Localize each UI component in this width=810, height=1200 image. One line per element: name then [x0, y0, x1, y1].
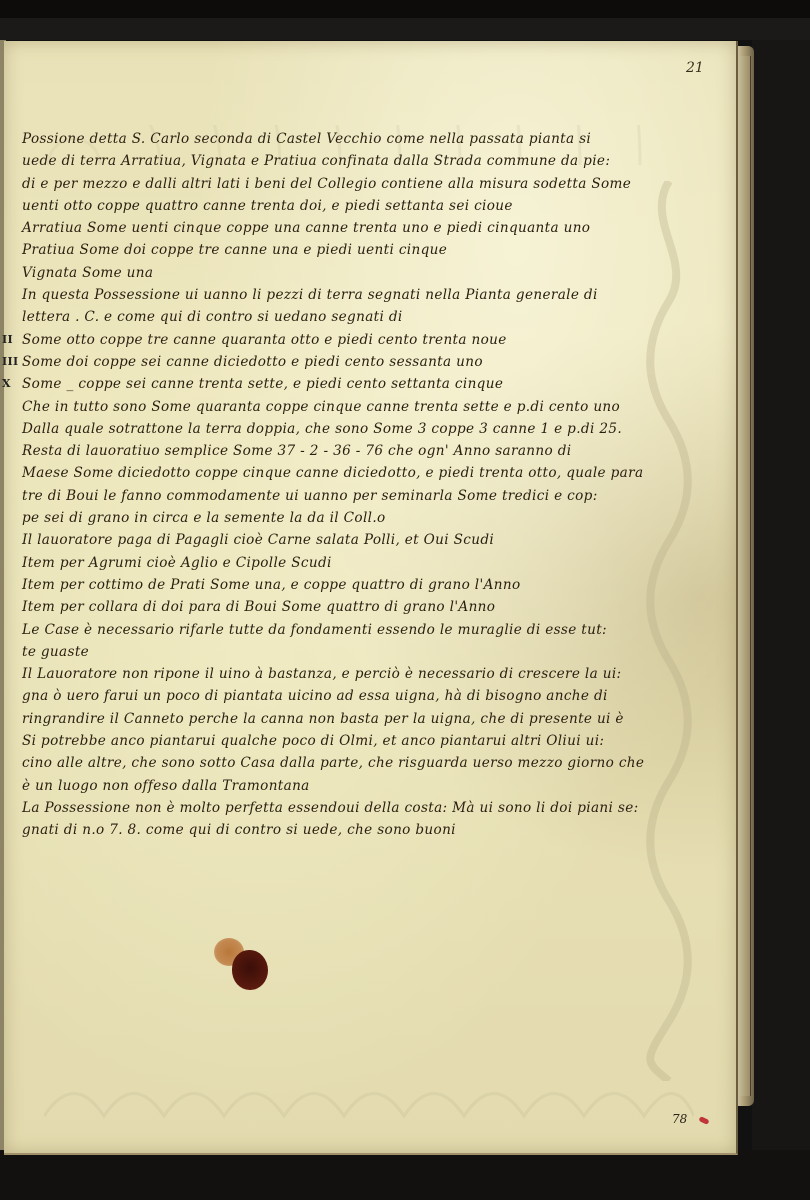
page-stack-edge-inner — [736, 56, 751, 1096]
ink-stain — [214, 938, 272, 994]
watermark-bottom-arcs — [44, 1071, 694, 1121]
margin-mark: II — [2, 329, 13, 351]
text-line: XSome _ coppe sei canne trenta sette, e … — [22, 373, 642, 395]
text-line: IISome otto coppe tre canne quaranta ott… — [22, 329, 642, 351]
text-line: Le Case è necessario rifarle tutte da fo… — [22, 619, 642, 641]
text-line: Item per collara di doi para di Boui Som… — [22, 596, 642, 618]
text-line: Si potrebbe anco piantarui qualche poco … — [22, 730, 642, 752]
folio-number-top: 21 — [686, 60, 704, 76]
text-line: pe sei di grano in circa e la semente la… — [22, 507, 642, 529]
viewer-top-shadow — [0, 18, 810, 40]
watermark-wave — [644, 181, 694, 1081]
text-line: In questa Possessione ui uanno li pezzi … — [22, 284, 642, 306]
text-line: tre di Boui le fanno commodamente ui uan… — [22, 485, 642, 507]
margin-mark: III — [2, 351, 19, 373]
text-line: di e per mezzo e dalli altri lati i beni… — [22, 173, 642, 195]
text-line: uede di terra Arratiua, Vignata e Pratiu… — [22, 150, 642, 172]
text-line: Il lauoratore paga di Pagagli cioè Carne… — [22, 529, 642, 551]
text-line: La Possessione non è molto perfetta esse… — [22, 797, 642, 819]
folio-number-bottom: 78 — [672, 1112, 687, 1126]
text-line: Item per cottimo de Prati Some una, e co… — [22, 574, 642, 596]
text-line: Resta di lauoratiuo semplice Some 37 - 2… — [22, 440, 642, 462]
text-line: Possione detta S. Carlo seconda di Caste… — [22, 128, 642, 150]
manuscript-text: Possione detta S. Carlo seconda di Caste… — [22, 128, 642, 842]
text-line: è un luogo non offeso dalla Tramontana — [22, 775, 642, 797]
stain-dark — [232, 950, 268, 990]
text-line: Arratiua Some uenti cinque coppe una can… — [22, 217, 642, 239]
text-line: Maese Some diciedotto coppe cinque canne… — [22, 462, 642, 484]
text-line: cino alle altre, che sono sotto Casa dal… — [22, 752, 642, 774]
text-line: Dalla quale sotrattone la terra doppia, … — [22, 418, 642, 440]
text-line: Item per Agrumi cioè Aglio e Cipolle Scu… — [22, 552, 642, 574]
text-line: ringrandire il Canneto perche la canna n… — [22, 708, 642, 730]
text-line: gna ò uero farui un poco di piantata uic… — [22, 685, 642, 707]
text-line: gnati di n.o 7. 8. come qui di contro si… — [22, 819, 642, 841]
background-bottom — [0, 1150, 810, 1200]
text-line: Pratiua Some doi coppe tre canne una e p… — [22, 239, 642, 261]
text-line: Vignata Some una — [22, 262, 642, 284]
text-line: Che in tutto sono Some quaranta coppe ci… — [22, 396, 642, 418]
text-line: uenti otto coppe quattro canne trenta do… — [22, 195, 642, 217]
text-line: te guaste — [22, 641, 642, 663]
text-line: Il Lauoratore non ripone il uino à basta… — [22, 663, 642, 685]
margin-mark: X — [2, 373, 11, 395]
text-line: lettera . C. e come qui di contro si ued… — [22, 306, 642, 328]
text-line: IIISome doi coppe sei canne diciedotto e… — [22, 351, 642, 373]
background-right — [752, 40, 810, 1150]
